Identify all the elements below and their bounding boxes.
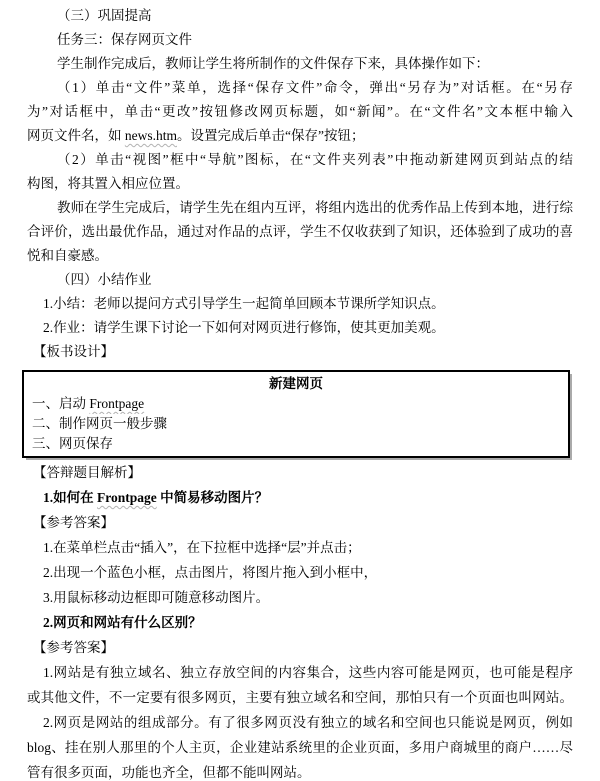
text-segment: 1.网站是有独立域名、独立存放空间的内容集合，这些内容可能是网页，也可能是程序 bbox=[43, 665, 573, 680]
text-line: （四）小结作业 bbox=[27, 268, 573, 292]
text-line: 或其他文件，不一定要有很多网页，主要有独立域名和空间，那怕只有一个页面也叫网站。 bbox=[27, 685, 573, 710]
text-line: 教师在学生完成后，请学生先在组内互评，将组内选出的优秀作品上传到本地，进行综 bbox=[27, 196, 573, 220]
text-segment: 或其他文件，不一定要有很多网页，主要有独立域名和空间，那怕只有一个页面也叫网站。 bbox=[27, 690, 573, 705]
text-segment: 为”对话框中，单击“更改”按钮修改网页标题，如“新闻”。在“文件名”文本框中输入 bbox=[27, 104, 573, 119]
text-segment: 。设置完成后单击“保存”按钮； bbox=[177, 128, 364, 143]
text-line: 3.用鼠标移动边框即可随意移动图片。 bbox=[27, 585, 573, 610]
text-segment: 3.用鼠标移动边框即可随意移动图片。 bbox=[43, 590, 269, 605]
text-segment: （1）单击“文件”菜单，选择“保存文件”命令，弹出“另存为”对话框。在“另存 bbox=[57, 80, 573, 95]
text-segment: 【板书设计】 bbox=[33, 344, 114, 359]
text-segment: 2.出现一个蓝色小框，点击图片，将图片拖入到小框中， bbox=[43, 565, 377, 580]
text-line: （三）巩固提高 bbox=[27, 4, 573, 28]
text-line: 为”对话框中，单击“更改”按钮修改网页标题，如“新闻”。在“文件名”文本框中输入 bbox=[27, 100, 573, 124]
text-line: 一、启动 Frontpage bbox=[32, 394, 560, 414]
text-segment: 【答辩题目解析】 bbox=[33, 465, 141, 480]
text-line: blog、挂在别人那里的个人主页，企业建站系统里的企业页面，多用户商城里的商户…… bbox=[27, 735, 573, 760]
text-line: 1.如何在 Frontpage 中简易移动图片？ bbox=[27, 485, 573, 510]
text-segment: 三、网页保存 bbox=[32, 436, 113, 451]
text-line: 任务三：保存网页文件 bbox=[27, 28, 573, 52]
text-line: （2）单击“视图”框中“导航”图标，在“文件夹列表”中拖动新建网页到站点的结 bbox=[27, 148, 573, 172]
text-segment: （2）单击“视图”框中“导航”图标，在“文件夹列表”中拖动新建网页到站点的结 bbox=[57, 152, 573, 167]
text-segment: （四）小结作业 bbox=[57, 272, 152, 287]
text-line: 合评价，选出最优作品，通过对作品的点评，学生不仅收获到了知识，还体验到了成功的喜 bbox=[27, 220, 573, 244]
text-line: 【板书设计】 bbox=[27, 340, 573, 364]
board-items: 一、启动 Frontpage二、制作网页一般步骤三、网页保存 bbox=[32, 394, 560, 454]
text-line: 1.在菜单栏点击“插入”，在下拉框中选择“层”并点击； bbox=[27, 535, 573, 560]
text-line: 【答辩题目解析】 bbox=[27, 460, 573, 485]
text-segment: 1.如何在 bbox=[43, 490, 97, 505]
text-line: 2.网页和网站有什么区别？ bbox=[27, 610, 573, 635]
lesson-text-bottom: 【答辩题目解析】1.如何在 Frontpage 中简易移动图片？【参考答案】1.… bbox=[27, 460, 573, 781]
text-segment: 管有很多页面，功能也齐全，但都不能叫网站。 bbox=[27, 765, 311, 780]
text-line: 1.网站是有独立域名、独立存放空间的内容集合，这些内容可能是网页，也可能是程序 bbox=[27, 660, 573, 685]
text-line: 三、网页保存 bbox=[32, 434, 560, 454]
text-segment: 中简易移动图片？ bbox=[157, 490, 268, 505]
text-segment: 学生制作完成后，教师让学生将所制作的文件保存下来，具体操作如下： bbox=[57, 56, 489, 71]
text-line: 学生制作完成后，教师让学生将所制作的文件保存下来，具体操作如下： bbox=[27, 52, 573, 76]
text-segment: 合评价，选出最优作品，通过对作品的点评，学生不仅收获到了知识，还体验到了成功的喜 bbox=[27, 224, 573, 239]
text-segment: 1.在菜单栏点击“插入”，在下拉框中选择“层”并点击； bbox=[43, 540, 361, 555]
text-segment: 【参考答案】 bbox=[33, 515, 114, 530]
text-segment: 悦和自豪感。 bbox=[27, 248, 108, 263]
text-line: 悦和自豪感。 bbox=[27, 244, 573, 268]
spellcheck-wavy-text: news.htm bbox=[125, 128, 177, 143]
text-segment: 1.小结：老师以提问方式引导学生一起简单回顾本节课所学知识点。 bbox=[43, 296, 445, 311]
document-page: （三）巩固提高任务三：保存网页文件学生制作完成后，教师让学生将所制作的文件保存下… bbox=[0, 0, 600, 781]
spellcheck-wavy-text: Frontpage bbox=[89, 396, 144, 411]
board-design-box: 新建网页 一、启动 Frontpage二、制作网页一般步骤三、网页保存 bbox=[22, 370, 570, 458]
board-title: 新建网页 bbox=[32, 374, 560, 394]
text-segment: 构图，将其置入相应位置。 bbox=[27, 176, 189, 191]
text-segment: 2.作业：请学生课下讨论一下如何对网页进行修饰，使其更加美观。 bbox=[43, 320, 445, 335]
text-segment: 网页文件名，如 bbox=[27, 128, 125, 143]
text-line: 【参考答案】 bbox=[27, 510, 573, 535]
text-line: 2.出现一个蓝色小框，点击图片，将图片拖入到小框中， bbox=[27, 560, 573, 585]
text-line: 2.作业：请学生课下讨论一下如何对网页进行修饰，使其更加美观。 bbox=[27, 316, 573, 340]
text-segment: blog bbox=[27, 740, 51, 755]
text-line: （1）单击“文件”菜单，选择“保存文件”命令，弹出“另存为”对话框。在“另存 bbox=[27, 76, 573, 100]
text-line: 构图，将其置入相应位置。 bbox=[27, 172, 573, 196]
spellcheck-wavy-text: Frontpage bbox=[97, 490, 157, 505]
text-line: 二、制作网页一般步骤 bbox=[32, 414, 560, 434]
text-line: 管有很多页面，功能也齐全，但都不能叫网站。 bbox=[27, 760, 573, 781]
text-line: 【参考答案】 bbox=[27, 635, 573, 660]
text-segment: 任务三：保存网页文件 bbox=[57, 32, 192, 47]
text-segment: 2.网页和网站有什么区别？ bbox=[43, 615, 202, 630]
text-segment: 二、制作网页一般步骤 bbox=[32, 416, 167, 431]
text-segment: 、挂在别人那里的个人主页，企业建站系统里的企业页面，多用户商城里的商户……尽 bbox=[51, 740, 573, 755]
text-segment: 教师在学生完成后，请学生先在组内互评，将组内选出的优秀作品上传到本地，进行综 bbox=[57, 200, 573, 215]
text-segment: 2.网页是网站的组成部分。有了很多网页没有独立的域名和空间也只能说是网页，例如 bbox=[43, 715, 573, 730]
text-segment: （三）巩固提高 bbox=[57, 8, 152, 23]
text-line: 网页文件名，如 news.htm。设置完成后单击“保存”按钮； bbox=[27, 124, 573, 148]
text-line: 1.小结：老师以提问方式引导学生一起简单回顾本节课所学知识点。 bbox=[27, 292, 573, 316]
lesson-text-top: （三）巩固提高任务三：保存网页文件学生制作完成后，教师让学生将所制作的文件保存下… bbox=[27, 4, 573, 364]
text-segment: 一、启动 bbox=[32, 396, 89, 411]
text-line: 2.网页是网站的组成部分。有了很多网页没有独立的域名和空间也只能说是网页，例如 bbox=[27, 710, 573, 735]
text-segment: 【参考答案】 bbox=[33, 640, 114, 655]
